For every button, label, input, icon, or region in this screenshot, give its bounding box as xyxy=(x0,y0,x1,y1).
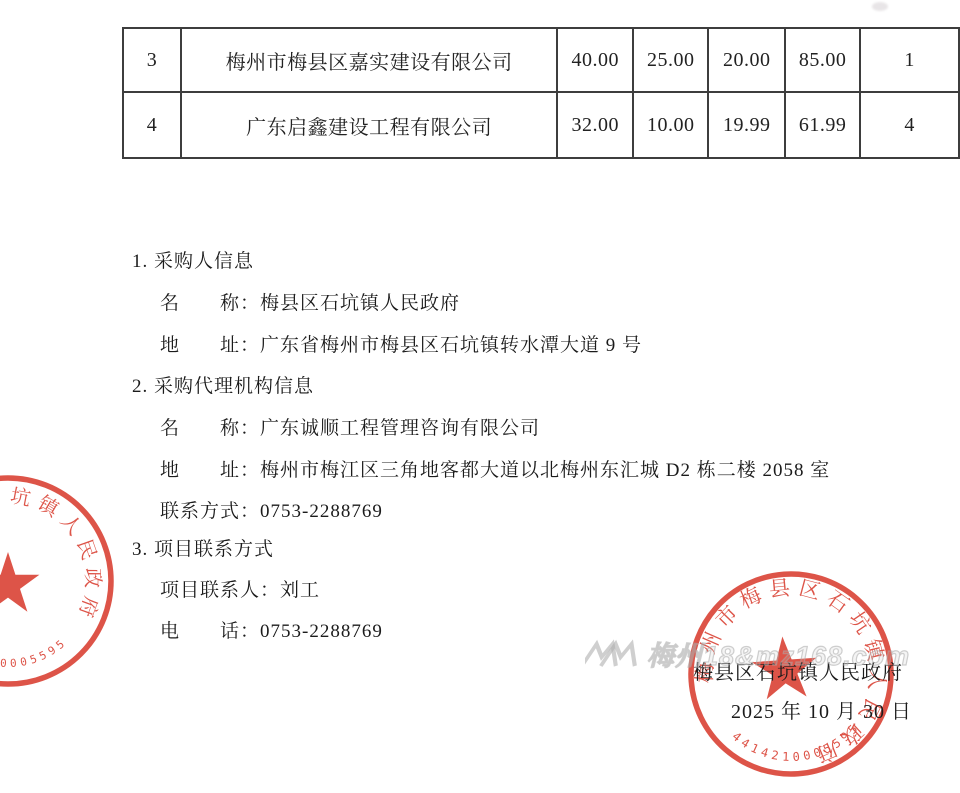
signature-org: 梅县区石坑镇人民政府 xyxy=(693,656,903,685)
seal-ring-text: 梅州市梅县区石坑镇人民政府 xyxy=(0,484,104,651)
table-cell-rowno: 4 xyxy=(123,92,181,158)
table-cell-rowno: 3 xyxy=(123,28,181,92)
table-cell-score: 40.00 xyxy=(557,28,633,92)
svg-text:4414210005595: 4414210005595 xyxy=(0,632,70,671)
table-cell-rank: 4 xyxy=(860,92,959,158)
scanned-document-page: 3 梅州市梅县区嘉实建设有限公司 40.00 25.00 20.00 85.00… xyxy=(0,0,960,793)
table-cell-company: 梅州市梅县区嘉实建设有限公司 xyxy=(181,28,557,92)
scan-smudge xyxy=(872,2,888,11)
table-cell-company: 广东启鑫建设工程有限公司 xyxy=(181,92,557,158)
purchaser-section-title: 1. 采购人信息 xyxy=(132,246,254,273)
bid-score-table: 3 梅州市梅县区嘉实建设有限公司 40.00 25.00 20.00 85.00… xyxy=(122,27,960,159)
project-contact-person: 项目联系人：刘工 xyxy=(160,575,320,602)
agency-name: 名 称：广东诚顺工程管理咨询有限公司 xyxy=(160,413,540,440)
table-cell-score: 10.00 xyxy=(633,92,708,158)
agency-address: 地 址：梅州市梅江区三角地客都大道以北梅州东汇城 D2 栋二楼 2058 室 xyxy=(160,455,830,482)
table-cell-score: 32.00 xyxy=(557,92,633,158)
project-phone: 电 话：0753-2288769 xyxy=(160,616,383,643)
purchaser-address: 地 址：广东省梅州市梅县区石坑镇转水潭大道 9 号 xyxy=(160,330,642,357)
seal-code-text: 4414210005595 xyxy=(0,632,70,671)
table-cell-rank: 1 xyxy=(860,28,959,92)
project-section-title: 3. 项目联系方式 xyxy=(132,534,274,561)
table-cell-total: 85.00 xyxy=(785,28,860,92)
official-seal-left: 梅州市梅县区石坑镇人民政府 4414210005595 xyxy=(0,468,121,694)
table-cell-score: 25.00 xyxy=(633,28,708,92)
table-row: 3 梅州市梅县区嘉实建设有限公司 40.00 25.00 20.00 85.00… xyxy=(123,28,959,92)
agency-contact-phone: 联系方式：0753-2288769 xyxy=(160,496,383,523)
table-cell-score: 19.99 xyxy=(708,92,785,158)
watermark-m-logo-icon xyxy=(585,637,639,671)
table-row: 4 广东启鑫建设工程有限公司 32.00 10.00 19.99 61.99 4 xyxy=(123,92,959,158)
agency-section-title: 2. 采购代理机构信息 xyxy=(132,371,314,398)
signature-date: 2025 年 10 月 30 日 xyxy=(731,695,912,724)
purchaser-name: 名 称：梅县区石坑镇人民政府 xyxy=(160,288,460,315)
seal-star-icon xyxy=(0,552,39,612)
table-cell-score: 20.00 xyxy=(708,28,785,92)
table-cell-total: 61.99 xyxy=(785,92,860,158)
svg-text:梅州市梅县区石坑镇人民政府: 梅州市梅县区石坑镇人民政府 xyxy=(0,484,104,651)
